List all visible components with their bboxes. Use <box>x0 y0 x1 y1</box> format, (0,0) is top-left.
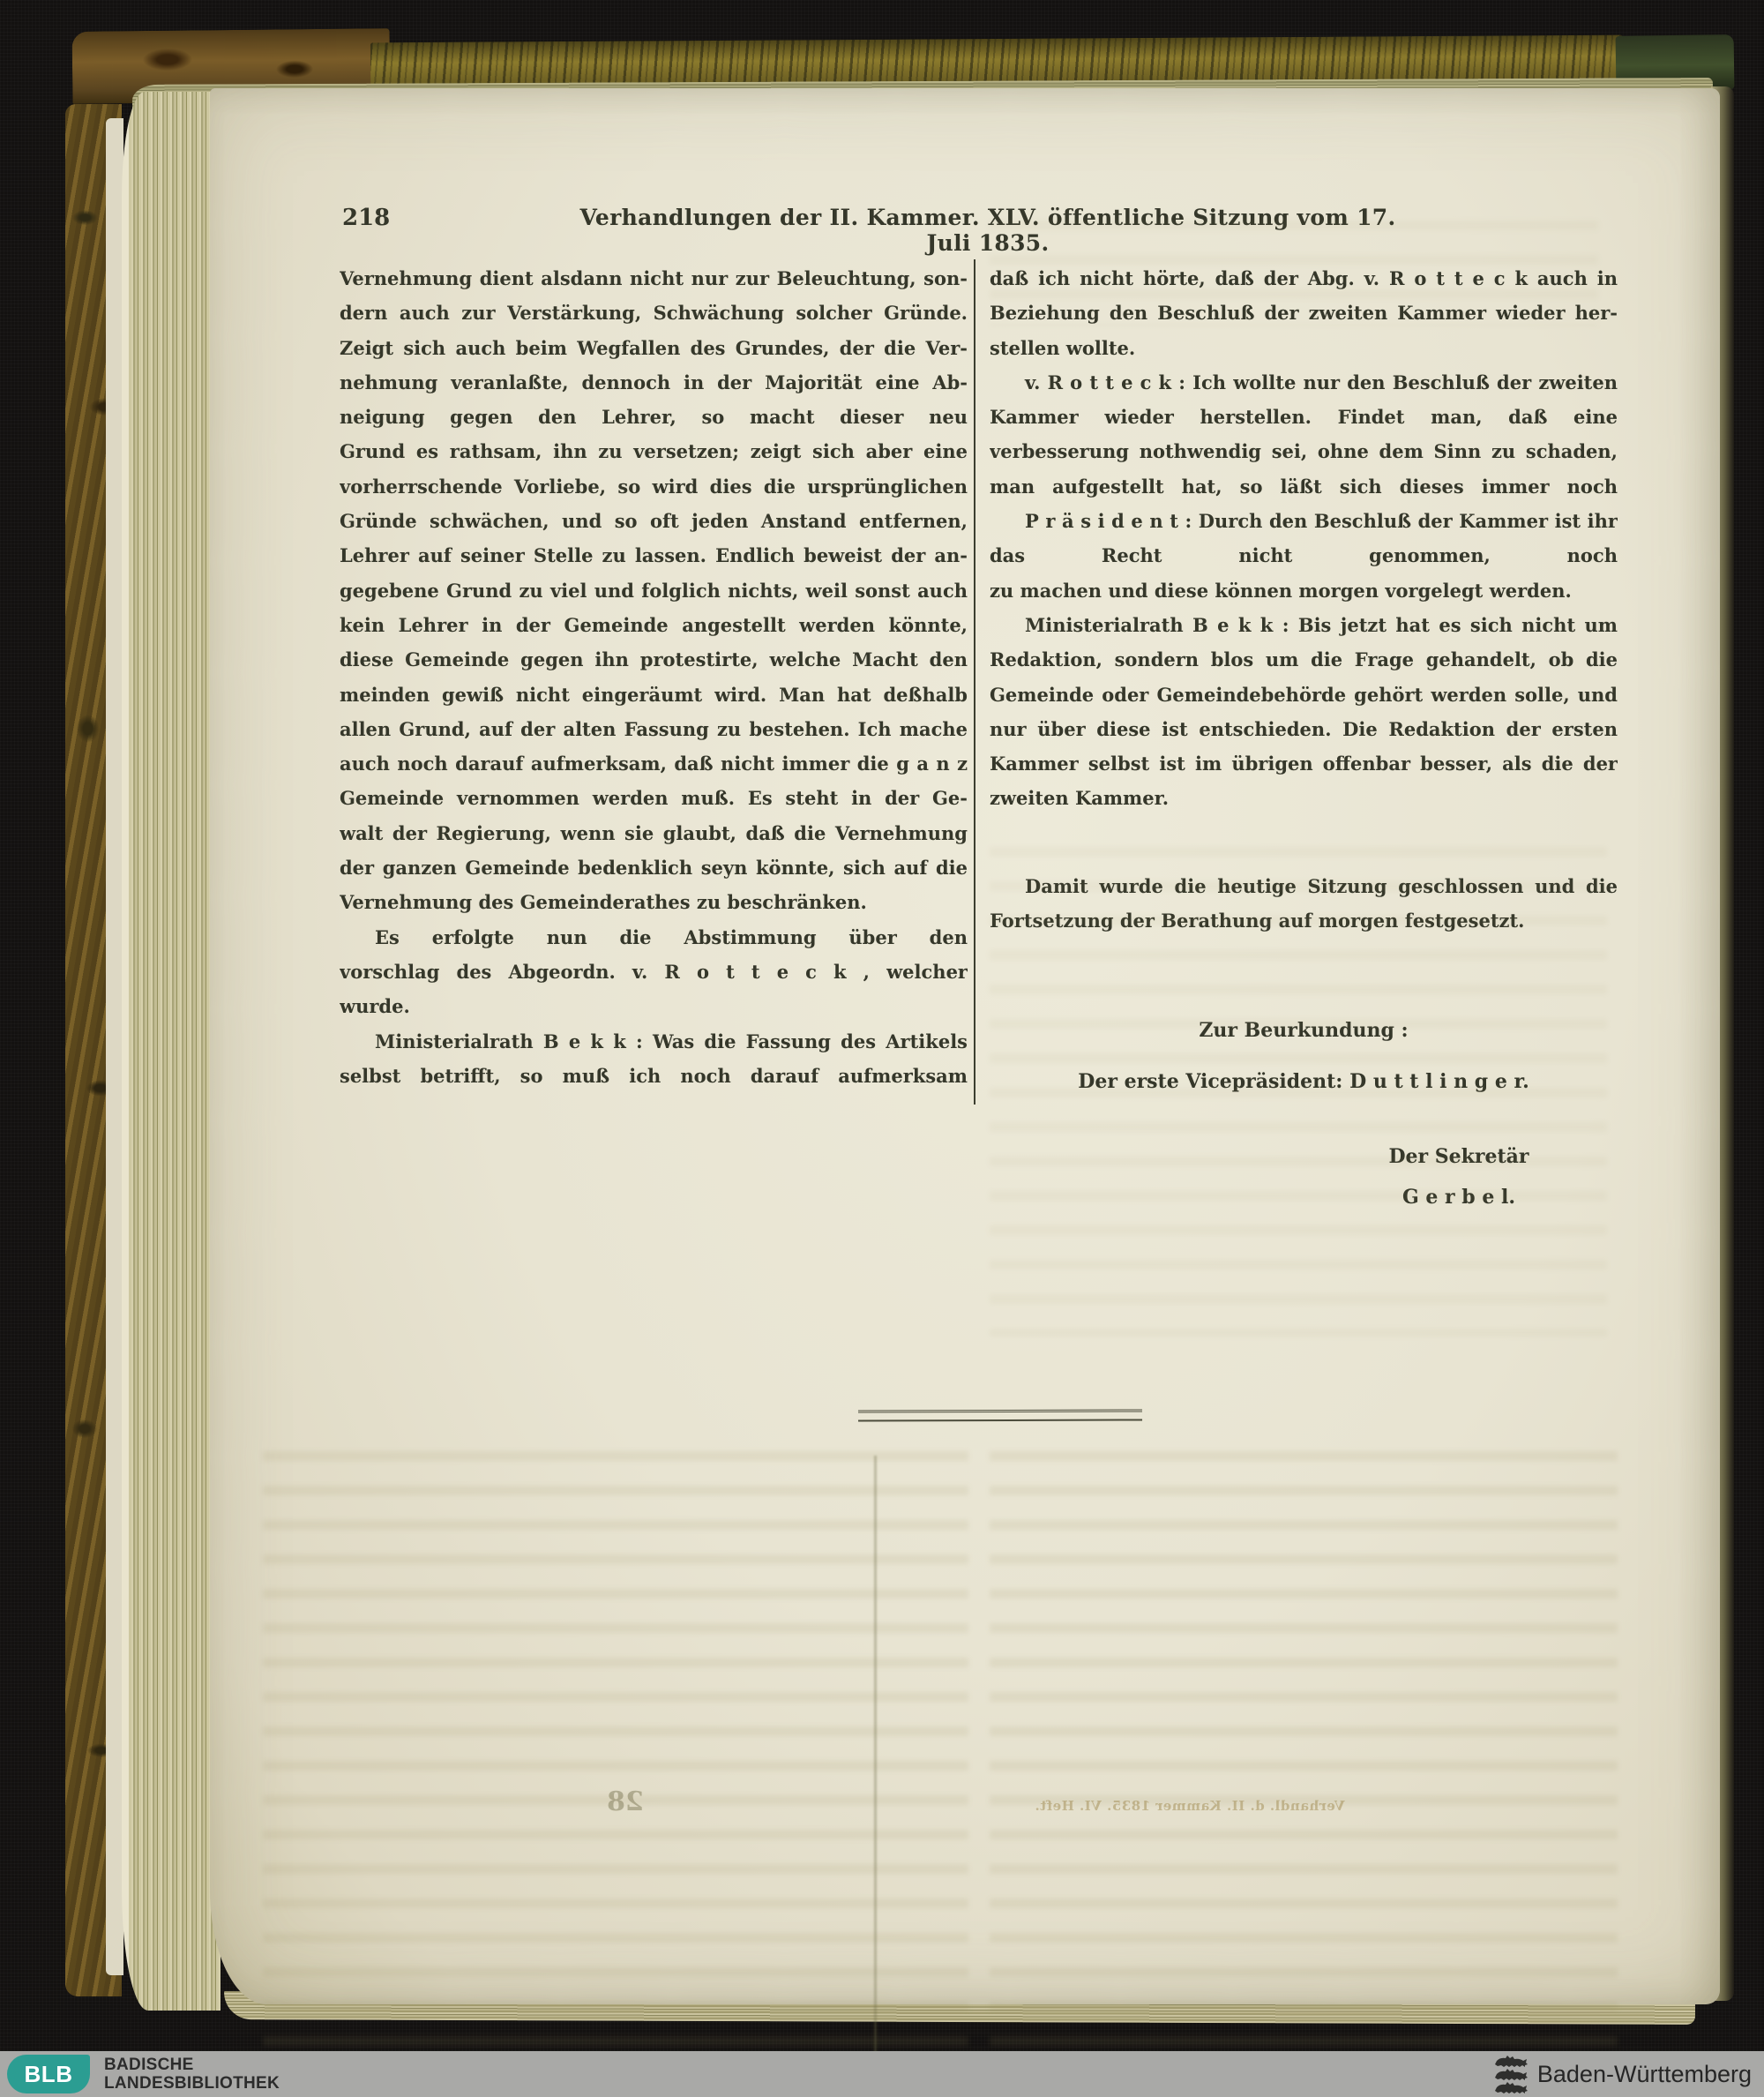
state-branding: Baden-Württemberg <box>1493 2054 1752 2094</box>
text-line: der ganzen Gemeinde bedenklich seyn könn… <box>340 850 968 885</box>
paragraph: daß ich nicht hörte, daß der Abg. v. R o… <box>990 261 1618 365</box>
text-line: Lehrer auf seiner Stelle zu lassen. Endl… <box>340 538 968 573</box>
bleedthrough-texture <box>263 1451 968 2082</box>
text-line: kein Lehrer in der Gemeinde angestellt w… <box>340 608 968 642</box>
text-line: allen Grund, auf der alten Fassung zu be… <box>340 712 968 746</box>
text-line: Ministerialrath B e k k : Bis jetzt hat … <box>990 608 1618 642</box>
blb-logo: BLB <box>7 2055 90 2093</box>
library-branding: BLB BADISCHE LANDESBIBLIOTHEK <box>7 2055 280 2093</box>
text-line: Ministerialrath B e k k : Was die Fassun… <box>340 1024 968 1059</box>
text-line: v. R o t t e c k : Ich wollte nur den Be… <box>990 365 1618 400</box>
text-line: Vernehmung dient alsdann nicht nur zur B… <box>340 261 968 296</box>
vice-president-line: Der erste Vicepräsident: D u t t l i n g… <box>990 1064 1618 1099</box>
text-line: gegebene Grund zu viel und folglich nich… <box>340 573 968 608</box>
text-column-left: Vernehmung dient alsdann nicht nur zur B… <box>340 261 968 1093</box>
text-line: Kammer wieder herstellen. Findet man, da… <box>990 400 1618 434</box>
text-line: Kammer selbst ist im übrigen offenbar be… <box>990 746 1618 781</box>
page-number: 218 <box>342 205 390 231</box>
text-line: nur über diese ist entschieden. Die Reda… <box>990 712 1618 746</box>
baden-wuerttemberg-coat-of-arms-icon <box>1493 2054 1529 2094</box>
text-line: meinden gewiß nicht eingeräumt wird. Man… <box>340 678 968 712</box>
text-line: das Recht nicht genommen, noch Redaktion… <box>990 538 1618 573</box>
text-line: vorschlag des Abgeordn. v. R o t t e c k… <box>340 955 968 989</box>
bleedthrough-column-rule <box>874 1456 877 2078</box>
text-line: daß ich nicht hörte, daß der Abg. v. R o… <box>990 261 1618 296</box>
text-line: Beziehung den Beschluß der zweiten Kamme… <box>990 296 1618 330</box>
text-line: selbst betrifft, so muß ich noch darauf … <box>340 1059 968 1093</box>
paragraph: Es erfolgte nun die Abstimmung über den … <box>340 920 968 1024</box>
text-line: Gemeinde vernommen werden muß. Es steht … <box>340 781 968 815</box>
scan-viewer-canvas: 218 Verhandlungen der II. Kammer. XLV. ö… <box>0 0 1764 2097</box>
bleedthrough-page-number: 28 <box>607 1786 644 1817</box>
text-line: wurde. <box>340 989 968 1023</box>
text-line: zweiten Kammer. <box>990 781 1618 815</box>
text-line: Grund es rathsam, ihn zu versetzen; zeig… <box>340 434 968 468</box>
text-line: Redaktion, sondern blos um die Frage geh… <box>990 642 1618 677</box>
state-name: Baden-Württemberg <box>1537 2061 1752 2088</box>
secretary-title: Der Sekretär <box>1327 1136 1591 1177</box>
text-column-right: daß ich nicht hörte, daß der Abg. v. R o… <box>990 261 1618 938</box>
library-name: BADISCHE LANDESBIBLIOTHEK <box>104 2056 280 2093</box>
secretary-name: G e r b e l. <box>1327 1177 1591 1217</box>
text-line: Vernehmung des Gemeinderathes zu beschrä… <box>340 885 968 919</box>
text-line: Gründe schwächen, und so oft jeden Ansta… <box>340 504 968 538</box>
bleedthrough-texture <box>990 1451 1618 2069</box>
bleedthrough-signature-line: Verhandl. d. II. Kammer 1835. VI. Heft. <box>1035 1798 1345 1814</box>
text-line: neigung gegen den Lehrer, so macht diese… <box>340 400 968 434</box>
paragraph: Ministerialrath B e k k : Bis jetzt hat … <box>990 608 1618 816</box>
text-line: walt der Regierung, wenn sie glaubt, daß… <box>340 816 968 850</box>
text-line: Damit wurde die heutige Sitzung geschlos… <box>990 869 1618 903</box>
text-line: diese Gemeinde gegen ihn protestirte, we… <box>340 642 968 677</box>
text-line: P r ä s i d e n t : Durch den Beschluß d… <box>990 504 1618 538</box>
text-line: Zeigt sich auch beim Wegfallen des Grund… <box>340 331 968 365</box>
endpaper-strip <box>106 118 123 1975</box>
text-line: Fortsetzung der Berathung auf morgen fes… <box>990 903 1618 938</box>
text-line: verbesserung nothwendig sei, ohne dem Si… <box>990 434 1618 468</box>
secretary-signature: Der Sekretär G e r b e l. <box>1327 1136 1591 1217</box>
text-line: stellen wollte. <box>990 331 1618 365</box>
paragraph: v. R o t t e c k : Ich wollte nur den Be… <box>990 365 1618 504</box>
attestation-line: Zur Beurkundung : <box>990 1013 1618 1048</box>
library-name-line1: BADISCHE <box>104 2056 280 2074</box>
section-divider-rule <box>858 1409 1142 1421</box>
text-line: auch noch darauf aufmerksam, daß nicht i… <box>340 746 968 781</box>
text-line: nehmung veranlaßte, dennoch in der Major… <box>340 365 968 400</box>
paragraph: Ministerialrath B e k k : Was die Fassun… <box>340 1024 968 1094</box>
paragraph: P r ä s i d e n t : Durch den Beschluß d… <box>990 504 1618 608</box>
viewer-footer-bar: BLB BADISCHE LANDESBIBLIOTHEK Baden-Würt… <box>0 2051 1764 2097</box>
text-line: dern auch zur Verstärkung, Schwächung so… <box>340 296 968 330</box>
book-page: 218 Verhandlungen der II. Kammer. XLV. ö… <box>210 88 1720 2004</box>
paragraph: Damit wurde die heutige Sitzung geschlos… <box>990 869 1618 939</box>
text-line: man aufgestellt hat, so läßt sich dieses… <box>990 469 1618 504</box>
paragraph: Vernehmung dient alsdann nicht nur zur B… <box>340 261 968 920</box>
session-closing-block: Zur Beurkundung : Der erste Vicepräsiden… <box>990 1013 1618 1217</box>
left-page-edges <box>122 92 220 2011</box>
text-line: vorherrschende Vorliebe, so wird dies di… <box>340 469 968 504</box>
column-divider-rule <box>974 259 975 1105</box>
text-line: zu machen und diese können morgen vorgel… <box>990 573 1618 608</box>
text-line: Gemeinde oder Gemeindebehörde gehört wer… <box>990 678 1618 712</box>
text-line: Es erfolgte nun die Abstimmung über den … <box>340 920 968 955</box>
blb-logo-text: BLB <box>25 2061 73 2088</box>
page-header-title: Verhandlungen der II. Kammer. XLV. öffen… <box>556 205 1420 256</box>
library-name-line2: LANDESBIBLIOTHEK <box>104 2074 280 2093</box>
